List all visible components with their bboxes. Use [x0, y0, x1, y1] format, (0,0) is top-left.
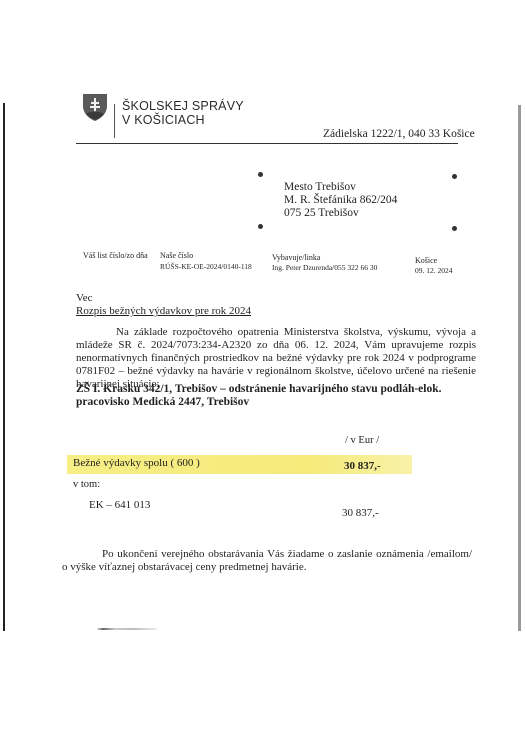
breakdown-label: v tom:	[73, 479, 100, 490]
coat-of-arms-icon	[82, 92, 108, 122]
body-paragraph-2: Po ukončení verejného obstarávania Vás ž…	[62, 548, 472, 574]
project-title: ZŠ I. Krasku 342/1, Trebišov – odstránen…	[76, 383, 476, 409]
recipient-street: M. R. Štefánika 862/204	[284, 194, 397, 207]
total-value: 30 837,-	[344, 460, 381, 472]
subject-label: Vec	[76, 292, 93, 304]
sender-address: Zádielska 1222/1, 040 33 Košice	[323, 128, 475, 140]
organization-name: ŠKOLSKEJ SPRÁVY V KOŠICIACH	[122, 99, 244, 127]
handled-by-label: Vybavuje/linka	[272, 253, 320, 263]
org-name-line2: V KOŠICIACH	[122, 113, 244, 127]
org-separator	[114, 104, 115, 138]
window-corner-mark	[258, 172, 263, 177]
header-rule	[76, 143, 260, 144]
address-underline	[260, 143, 458, 144]
subject-title: Rozpis bežných výdavkov pre rok 2024	[76, 305, 251, 317]
currency-unit-label: / v Eur /	[345, 435, 379, 446]
recipient-city: 075 25 Trebišov	[284, 207, 397, 220]
window-corner-mark	[452, 226, 457, 231]
our-number-value: RÚŠS-KE-OE-2024/0140-118	[160, 262, 252, 272]
window-corner-mark	[258, 224, 263, 229]
scan-border-left	[3, 103, 5, 631]
scan-artifact	[97, 628, 157, 630]
date-value: 09. 12. 2024	[415, 266, 453, 276]
recipient-address: Mesto Trebišov M. R. Štefánika 862/204 0…	[284, 181, 397, 220]
scan-border-right	[518, 105, 521, 631]
line-item-value: 30 837,-	[342, 507, 379, 519]
our-number-label: Naše číslo	[160, 251, 193, 261]
your-letter-label: Váš list číslo/zo dňa	[83, 251, 148, 261]
org-name-line1: ŠKOLSKEJ SPRÁVY	[122, 99, 244, 113]
body-paragraph-1: Na základe rozpočtového opatrenia Minist…	[76, 326, 476, 391]
handled-by-value: Ing. Peter Dzurenda/055 322 66 30	[272, 263, 377, 273]
recipient-name: Mesto Trebišov	[284, 181, 397, 194]
line-item-label: EK – 641 013	[89, 499, 150, 511]
total-label: Bežné výdavky spolu ( 600 )	[73, 457, 200, 469]
place-label: Košice	[415, 256, 437, 266]
window-corner-mark	[452, 174, 457, 179]
